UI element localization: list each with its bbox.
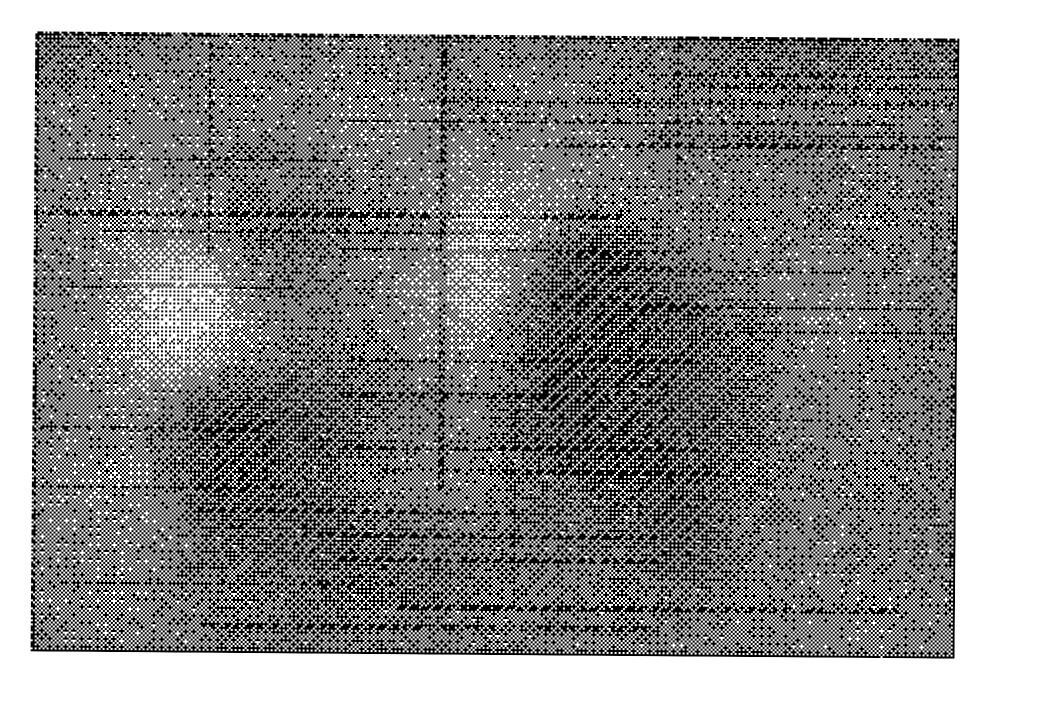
halftone-photo-canvas — [31, 31, 960, 658]
document-page — [0, 0, 1046, 722]
halftone-photo — [31, 31, 960, 658]
